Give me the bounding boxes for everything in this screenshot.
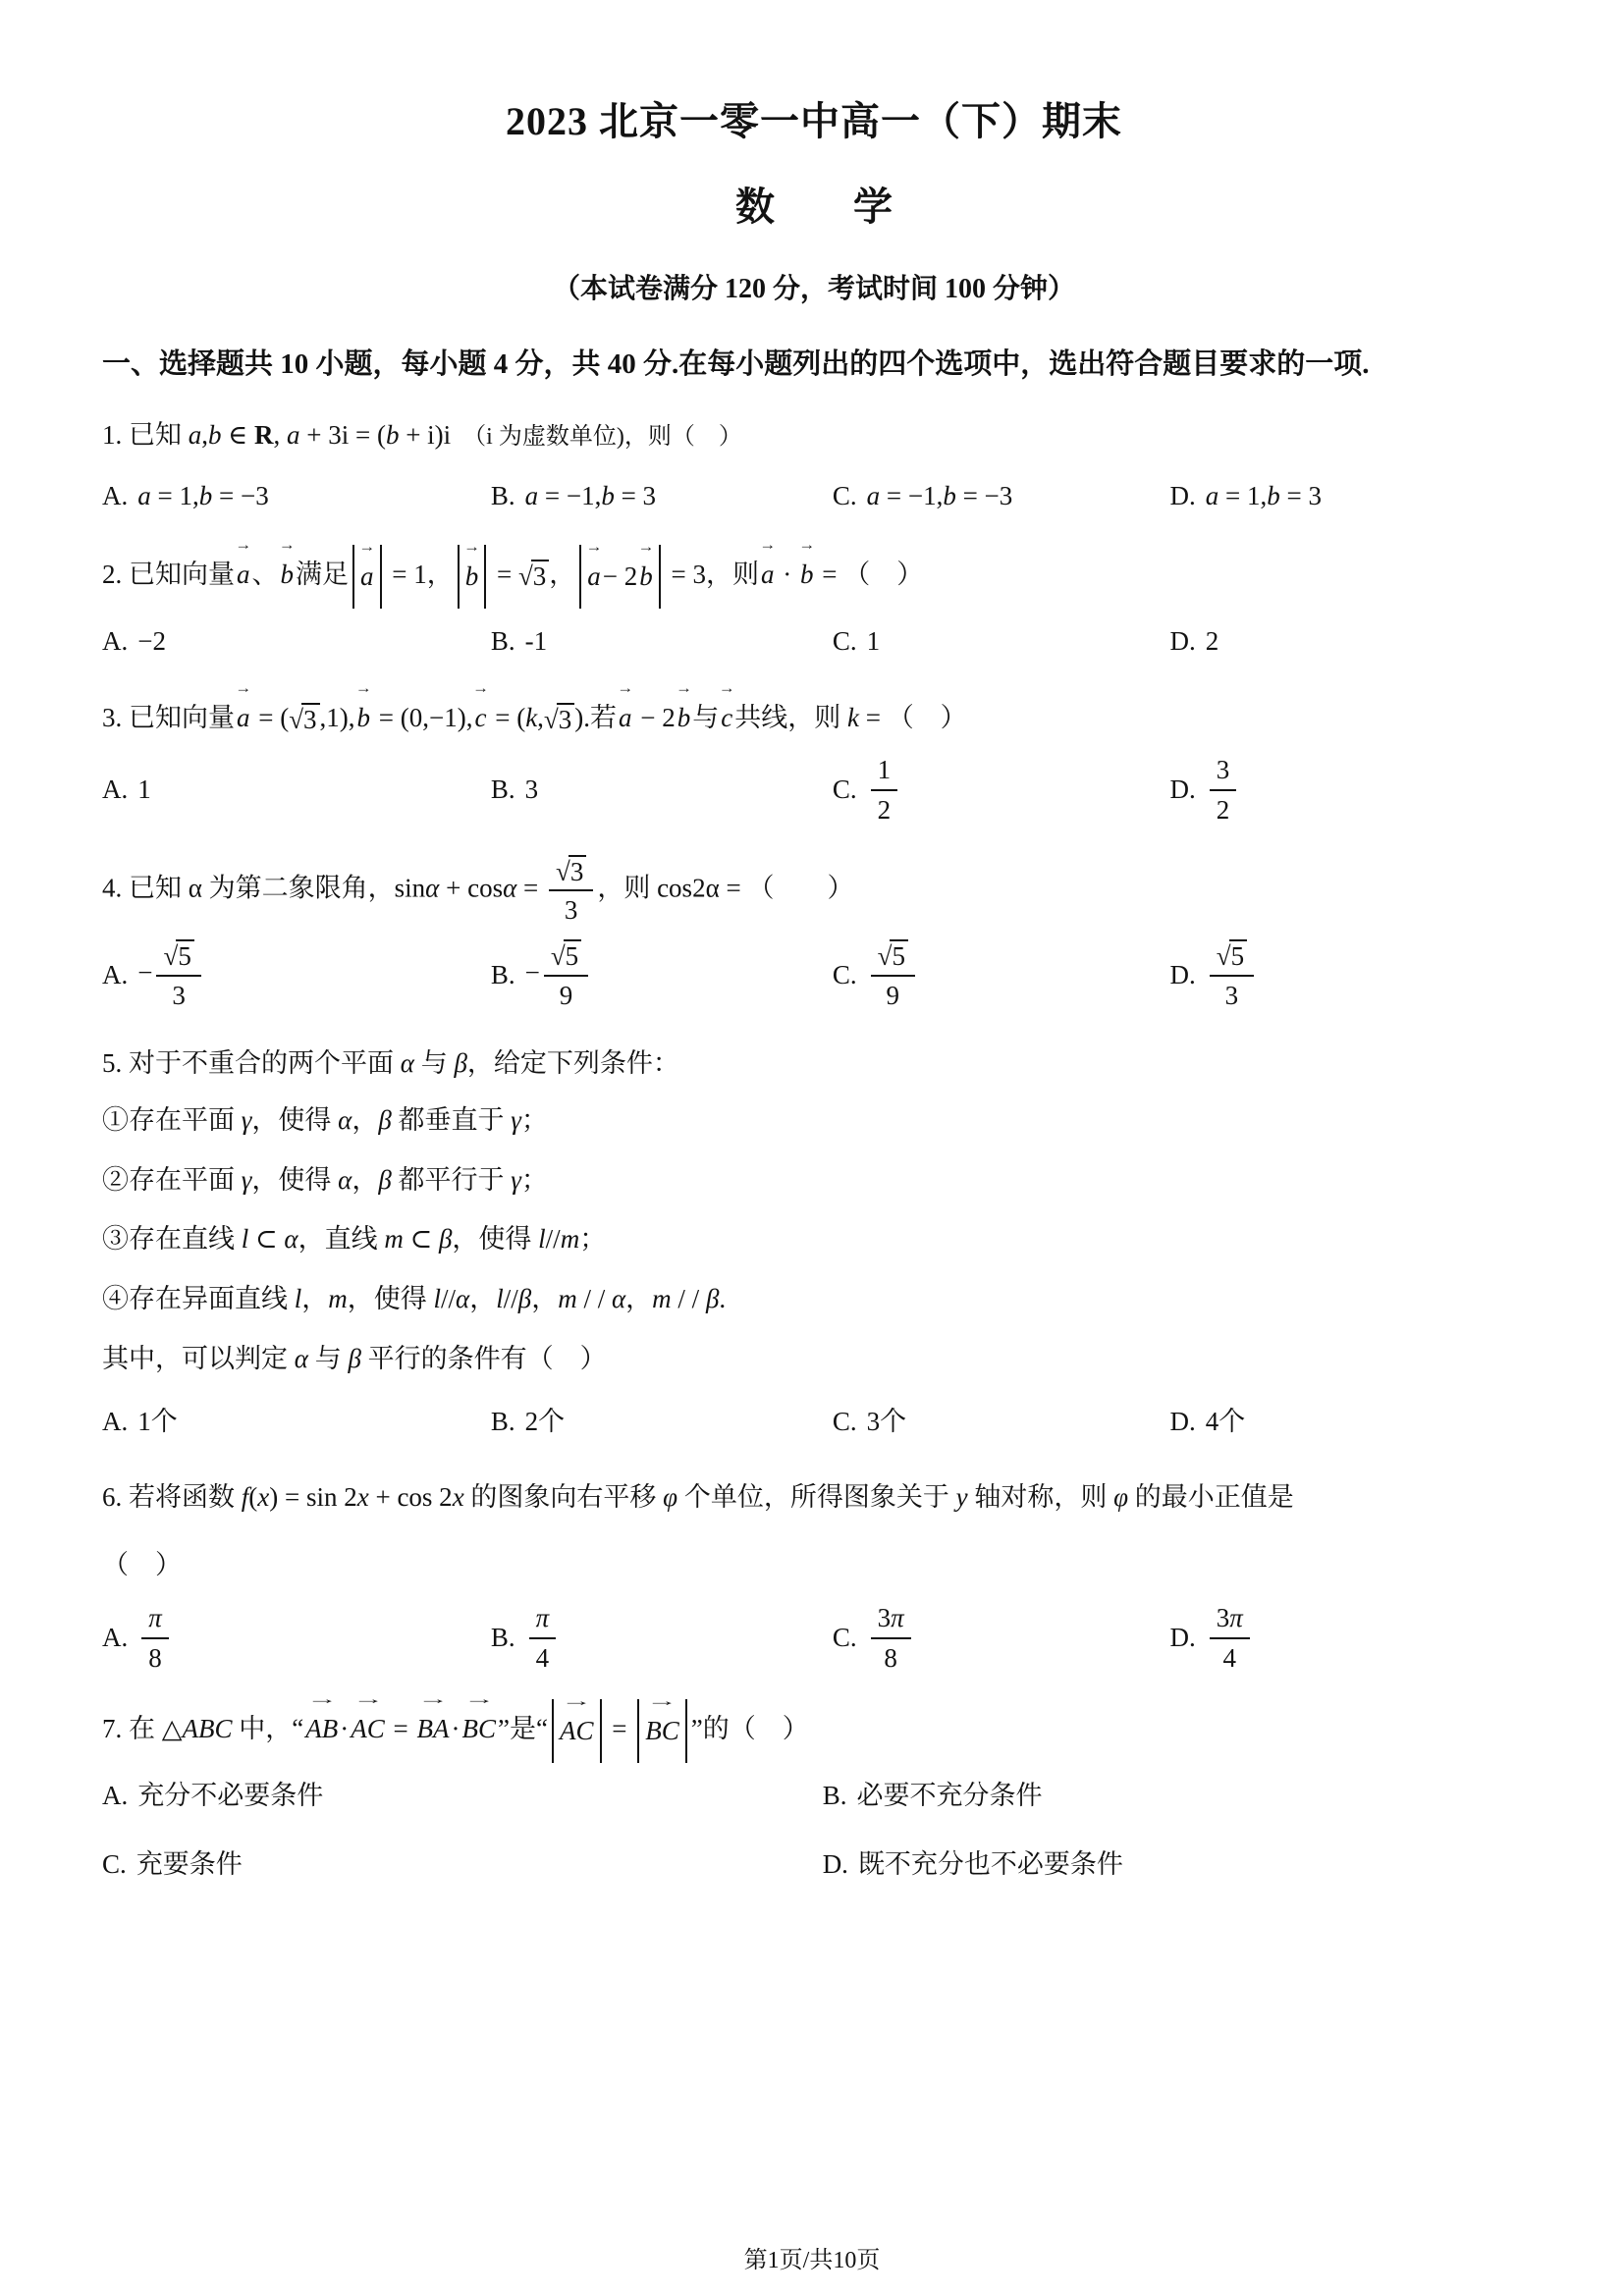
vector-c: →c xyxy=(721,691,732,745)
vector-arrow-icon: → xyxy=(235,681,251,695)
question-2-option-B: B.-1 xyxy=(491,614,833,668)
option-content: 充要条件 xyxy=(136,1838,243,1892)
vector-BC: →BC xyxy=(645,1704,679,1758)
vector-arrow-icon: → xyxy=(463,540,480,554)
question-1-stem: 1. 已知 a,b ∈ R, a + 3i = (b + i)i （i 为虚数单… xyxy=(102,408,1526,462)
option-label: B. xyxy=(491,763,515,817)
vector-arrow-icon: → xyxy=(306,1692,338,1706)
vector-arrow-icon: → xyxy=(586,540,603,554)
vector-arrow-icon: → xyxy=(561,1694,592,1708)
question-3-stem: 3. 已知向量→a = (√3,1),→b = (0,−1),→c = (k,√… xyxy=(102,691,1526,745)
question-1: 1. 已知 a,b ∈ R, a + 3i = (b + i)i （i 为虚数单… xyxy=(102,408,1526,523)
question-6-option-D: D.3π4 xyxy=(1169,1599,1526,1678)
question-3-option-D: D.32 xyxy=(1169,751,1526,829)
fraction: π8 xyxy=(141,1601,169,1676)
question-4-option-B: B.−√59 xyxy=(491,935,833,1014)
question-7: 7. 在 △ABC 中，“→AB·→AC = →BA·→BC”是“→AC = →… xyxy=(102,1699,1526,1892)
vector-b: →b xyxy=(639,550,653,604)
option-content: -1 xyxy=(525,614,548,668)
fraction: √53 xyxy=(156,937,200,1012)
option-label: D. xyxy=(1169,1611,1195,1665)
absolute-value: →BC xyxy=(637,1699,687,1763)
vector-a: →a xyxy=(237,548,250,602)
question-7-stem: 7. 在 △ABC 中，“→AB·→AC = →BA·→BC”是“→AC = →… xyxy=(102,1699,1526,1763)
option-content: a = −1,b = 3 xyxy=(525,469,656,523)
question-2: 2. 已知向量→a、→b满足→a = 1，→b = √3，→a − 2→b = … xyxy=(102,545,1526,669)
question-5-condition-1: ①存在平面 γ，使得 α，β 都垂直于 γ； xyxy=(102,1091,1526,1150)
option-label: A. xyxy=(102,763,128,817)
option-content: √59 xyxy=(867,935,919,1014)
vector-BA: →BA xyxy=(417,1702,450,1756)
radical: √3 xyxy=(544,703,574,735)
question-7-option-B: B.必要不充分条件 xyxy=(823,1769,1526,1823)
option-content: 4个 xyxy=(1206,1395,1246,1449)
vector-arrow-icon: → xyxy=(617,681,633,695)
option-content: 3个 xyxy=(867,1395,907,1449)
option-content: 必要不充分条件 xyxy=(856,1769,1042,1823)
option-content: 1 xyxy=(867,614,881,668)
question-4-stem: 4. 已知 α 为第二象限角，sinα + cosα = √33，则 cos2α… xyxy=(102,851,1526,930)
vector-arrow-icon: → xyxy=(472,681,489,695)
radical: √5 xyxy=(878,939,908,972)
absolute-value: →a xyxy=(352,545,382,609)
vector-AC: →AC xyxy=(351,1702,385,1756)
vector-arrow-icon: → xyxy=(279,538,296,552)
fraction: √59 xyxy=(544,937,588,1012)
option-content: 充分不必要条件 xyxy=(137,1769,323,1823)
vector-a: →a xyxy=(619,691,632,745)
question-2-option-D: D.2 xyxy=(1169,614,1526,668)
question-2-option-A: A.−2 xyxy=(102,614,491,668)
absolute-value: →b xyxy=(458,545,487,609)
vector-b: →b xyxy=(357,691,371,745)
question-5: 5. 对于不重合的两个平面 α 与 β，给定下列条件：①存在平面 γ，使得 α，… xyxy=(102,1037,1526,1449)
fraction: π4 xyxy=(529,1601,557,1676)
question-4: 4. 已知 α 为第二象限角，sinα + cosα = √33，则 cos2α… xyxy=(102,851,1526,1014)
fraction: √59 xyxy=(871,937,915,1012)
question-6-stem-cont: （ ） xyxy=(102,1538,1526,1592)
question-6: 6. 若将函数 f(x) = sin 2x + cos 2x 的图象向右平移 φ… xyxy=(102,1470,1526,1678)
vector-AB: →AB xyxy=(305,1702,338,1756)
question-1-option-A: A.a = 1,b = −3 xyxy=(102,469,491,523)
question-5-condition-2: ②存在平面 γ，使得 α，β 都平行于 γ； xyxy=(102,1150,1526,1210)
option-content: 2 xyxy=(1206,614,1219,668)
question-5-conclusion: 其中，可以判定 α 与 β 平行的条件有（ ） xyxy=(102,1329,1526,1389)
option-label: C. xyxy=(102,1838,127,1892)
option-content: 1 xyxy=(137,763,151,817)
question-6-option-A: A.π8 xyxy=(102,1599,491,1678)
question-3-option-C: C.12 xyxy=(833,751,1170,829)
question-1-option-B: B.a = −1,b = 3 xyxy=(491,469,833,523)
exam-subject: 数 学 xyxy=(102,176,1526,232)
option-content: 2个 xyxy=(525,1395,566,1449)
option-content: −√53 xyxy=(137,935,205,1014)
radical: √5 xyxy=(163,939,193,972)
page-number: 第1页/共10页 xyxy=(0,2240,1624,2274)
question-5-option-B: B.2个 xyxy=(491,1395,833,1449)
option-label: D. xyxy=(1169,469,1195,523)
fraction: 32 xyxy=(1210,753,1237,828)
question-7-option-A: A.充分不必要条件 xyxy=(102,1769,823,1823)
option-label: A. xyxy=(102,614,128,668)
vector-b: →b xyxy=(281,548,295,602)
radical: √3 xyxy=(556,855,586,887)
vector-arrow-icon: → xyxy=(638,540,655,554)
question-1-option-D: D.a = 1,b = 3 xyxy=(1169,469,1526,523)
vector-arrow-icon: → xyxy=(759,538,776,552)
option-label: A. xyxy=(102,948,128,1002)
option-label: B. xyxy=(491,614,515,668)
questions-container: 1. 已知 a,b ∈ R, a + 3i = (b + i)i （i 为虚数单… xyxy=(102,408,1526,1892)
page-content: 2023 北京一零一中高一（下）期末 数 学 （本试卷满分 120 分，考试时间… xyxy=(0,0,1624,1892)
question-6-stem: 6. 若将函数 f(x) = sin 2x + cos 2x 的图象向右平移 φ… xyxy=(102,1470,1526,1524)
vector-arrow-icon: → xyxy=(235,538,251,552)
vector-arrow-icon: → xyxy=(647,1694,678,1708)
option-label: C. xyxy=(833,763,857,817)
option-content: 32 xyxy=(1206,751,1241,829)
vector-a: →a xyxy=(761,548,775,602)
question-3: 3. 已知向量→a = (√3,1),→b = (0,−1),→c = (k,√… xyxy=(102,691,1526,830)
vector-b: →b xyxy=(677,691,691,745)
option-label: C. xyxy=(833,469,857,523)
option-content: −√59 xyxy=(525,935,593,1014)
question-3-options: A.1B.3C.12D.32 xyxy=(102,751,1526,829)
question-5-stem: 5. 对于不重合的两个平面 α 与 β，给定下列条件： xyxy=(102,1037,1526,1091)
question-5-condition-4: ④存在异面直线 l，m，使得 l//α，l//β，m / / α，m / / β… xyxy=(102,1269,1526,1329)
vector-b: →b xyxy=(465,550,479,604)
exam-page: 2023 北京一零一中高一（下）期末 数 学 （本试卷满分 120 分，考试时间… xyxy=(0,0,1624,2296)
option-content: −2 xyxy=(137,614,166,668)
fraction: 12 xyxy=(871,753,898,828)
radical: √5 xyxy=(551,939,581,972)
option-label: B. xyxy=(491,948,515,1002)
option-label: A. xyxy=(102,469,128,523)
option-content: 3π4 xyxy=(1206,1599,1254,1678)
option-content: 3π8 xyxy=(867,1599,915,1678)
section-one-heading: 一、选择题共 10 小题，每小题 4 分，共 40 分.在每小题列出的四个选项中… xyxy=(102,334,1526,395)
radical: √3 xyxy=(518,560,549,592)
question-6-option-B: B.π4 xyxy=(491,1599,833,1678)
vector-arrow-icon: → xyxy=(358,540,375,554)
question-4-option-C: C.√59 xyxy=(833,935,1170,1014)
question-6-options: A.π8B.π4C.3π8D.3π4 xyxy=(102,1599,1526,1678)
fraction: 3π4 xyxy=(1210,1601,1250,1676)
question-5-options: A.1个B.2个C.3个D.4个 xyxy=(102,1395,1526,1449)
option-label: D. xyxy=(1169,763,1195,817)
option-label: C. xyxy=(833,948,857,1002)
vector-arrow-icon: → xyxy=(352,1692,384,1706)
radical: √5 xyxy=(1217,939,1247,972)
vector-a: →a xyxy=(587,550,601,604)
fraction: 3π8 xyxy=(871,1601,911,1676)
question-4-option-D: D.√53 xyxy=(1169,935,1526,1014)
option-content: a = 1,b = −3 xyxy=(137,469,268,523)
vector-AC: →AC xyxy=(560,1704,594,1758)
vector-arrow-icon: → xyxy=(719,681,735,695)
option-label: B. xyxy=(823,1769,847,1823)
vector-BC: →BC xyxy=(462,1702,497,1756)
option-label: B. xyxy=(491,1395,515,1449)
option-label: D. xyxy=(1169,948,1195,1002)
question-7-option-C: C.充要条件 xyxy=(102,1838,823,1892)
option-label: D. xyxy=(1169,1395,1195,1449)
vector-arrow-icon: → xyxy=(355,681,372,695)
question-7-option-D: D.既不充分也不必要条件 xyxy=(823,1838,1526,1892)
option-label: B. xyxy=(491,1611,515,1665)
option-content: 12 xyxy=(867,751,902,829)
vector-arrow-icon: → xyxy=(463,1692,495,1706)
option-content: a = 1,b = 3 xyxy=(1206,469,1322,523)
vector-a: →a xyxy=(237,691,250,745)
option-label: D. xyxy=(1169,614,1195,668)
option-content: a = −1,b = −3 xyxy=(867,469,1013,523)
question-1-option-C: C.a = −1,b = −3 xyxy=(833,469,1170,523)
question-5-option-C: C.3个 xyxy=(833,1395,1170,1449)
vector-b: →b xyxy=(800,548,814,602)
absolute-value: →a − 2→b xyxy=(579,545,660,609)
option-label: B. xyxy=(491,469,515,523)
question-3-option-A: A.1 xyxy=(102,763,491,817)
absolute-value: →AC xyxy=(552,1699,602,1763)
option-label: C. xyxy=(833,614,857,668)
question-4-options: A.−√53B.−√59C.√59D.√53 xyxy=(102,935,1526,1014)
question-7-options: A.充分不必要条件B.必要不充分条件C.充要条件D.既不充分也不必要条件 xyxy=(102,1769,1526,1892)
vector-arrow-icon: → xyxy=(676,681,692,695)
question-5-option-D: D.4个 xyxy=(1169,1395,1526,1449)
question-2-stem: 2. 已知向量→a、→b满足→a = 1，→b = √3，→a − 2→b = … xyxy=(102,545,1526,609)
option-label: A. xyxy=(102,1769,128,1823)
option-content: √53 xyxy=(1206,935,1258,1014)
question-6-option-C: C.3π8 xyxy=(833,1599,1170,1678)
option-content: 3 xyxy=(525,763,539,817)
vector-c: →c xyxy=(474,691,486,745)
option-content: 1个 xyxy=(137,1395,178,1449)
question-5-option-A: A.1个 xyxy=(102,1395,491,1449)
question-2-options: A.−2B.-1C.1D.2 xyxy=(102,614,1526,668)
option-label: A. xyxy=(102,1611,128,1665)
question-5-condition-3: ③存在直线 l ⊂ α，直线 m ⊂ β，使得 l//m； xyxy=(102,1209,1526,1269)
exam-title: 2023 北京一零一中高一（下）期末 xyxy=(102,90,1526,146)
fraction: √33 xyxy=(549,853,593,928)
fraction: √53 xyxy=(1210,937,1254,1012)
radical: √3 xyxy=(289,703,319,735)
question-4-option-A: A.−√53 xyxy=(102,935,491,1014)
vector-arrow-icon: → xyxy=(417,1692,449,1706)
option-label: C. xyxy=(833,1611,857,1665)
question-2-option-C: C.1 xyxy=(833,614,1170,668)
exam-note: （本试卷满分 120 分，考试时间 100 分钟） xyxy=(102,267,1526,306)
option-content: π8 xyxy=(137,1599,173,1678)
question-1-options: A.a = 1,b = −3B.a = −1,b = 3C.a = −1,b =… xyxy=(102,469,1526,523)
vector-arrow-icon: → xyxy=(798,538,815,552)
option-label: A. xyxy=(102,1395,128,1449)
option-label: D. xyxy=(823,1838,848,1892)
option-content: 既不充分也不必要条件 xyxy=(858,1838,1123,1892)
option-label: C. xyxy=(833,1395,857,1449)
vector-a: →a xyxy=(360,550,374,604)
option-content: π4 xyxy=(525,1599,561,1678)
question-3-option-B: B.3 xyxy=(491,763,833,817)
